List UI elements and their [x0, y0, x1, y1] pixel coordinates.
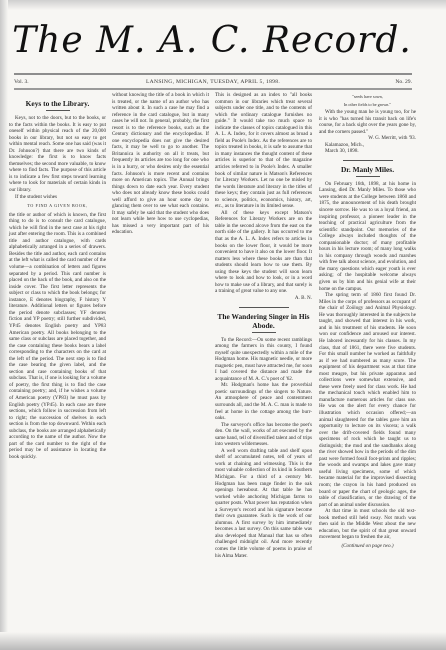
column-1: Keys to the Library. Keys, not to the do… — [9, 95, 106, 460]
poem-line: In other fields to be grown." — [319, 102, 416, 108]
poem-line: "seeds have sown, — [319, 94, 416, 100]
paragraph: The surveyor's office has become the poe… — [215, 422, 312, 448]
article-divider — [239, 307, 289, 308]
paragraph: A well worn drafting table and shelf upo… — [215, 448, 312, 559]
title-rule — [46, 110, 70, 111]
article-title-singer: The Wandering Singer in His Abode. — [215, 312, 312, 330]
paragraph: The spring term of 1860 first found Dr. … — [319, 292, 416, 508]
newspaper-masthead: The M. A. C. Record. — [10, 22, 414, 60]
dateline-text: LANSING, MICHIGAN, TUESDAY, APRIL 5, 189… — [14, 77, 412, 87]
continued-note: (Continued on page two.) — [319, 543, 416, 550]
scan-edge-left — [0, 0, 8, 650]
signature: A. B. N. — [215, 295, 312, 302]
paragraph: This is designed as an index to "all boo… — [215, 92, 312, 210]
paragraph: Mr. Hodgman's home has the proverbial po… — [215, 382, 312, 421]
issue-number: No. 29. — [395, 77, 412, 87]
title-rule — [252, 332, 276, 333]
column-3: This is designed as an index to "all boo… — [215, 92, 312, 559]
article-title-miles: Dr. Manly Miles. — [319, 165, 416, 174]
column-2: without knowing the title of a book in w… — [112, 92, 209, 236]
subheading: to find a given book, — [9, 203, 106, 210]
masthead-rule-top — [14, 73, 412, 75]
paragraph: Keys, not to the doors, but to the books… — [9, 115, 106, 194]
title-rule — [356, 176, 380, 177]
paragraph: All of these keys except Matson's Refere… — [215, 210, 312, 295]
article-title-keys: Keys to the Library. — [9, 99, 106, 108]
paragraph: without knowing the title of a book in w… — [112, 92, 209, 236]
scan-edge-top — [0, 0, 446, 10]
paragraph: the title or author of which is known, t… — [9, 212, 106, 461]
scan-edge-bottom — [0, 632, 446, 650]
article-divider — [343, 160, 393, 161]
paragraph: If the student wishes — [9, 194, 106, 201]
column-4: "seeds have sown, In other fields to be … — [319, 92, 416, 549]
paragraph: With the young man he is young too, for … — [319, 109, 416, 135]
paragraph: To the Record:—On some recent ramblings … — [215, 337, 312, 383]
paragraph: On February 16th, 1898, at his home in L… — [319, 181, 416, 292]
masthead-rule-bottom — [14, 88, 412, 90]
date: March 30, 1898. — [319, 148, 416, 155]
dateline-bar: Vol. 3. LANSING, MICHIGAN, TUESDAY, APRI… — [14, 77, 412, 87]
paragraph: At that time in most schools the old tex… — [319, 508, 416, 541]
